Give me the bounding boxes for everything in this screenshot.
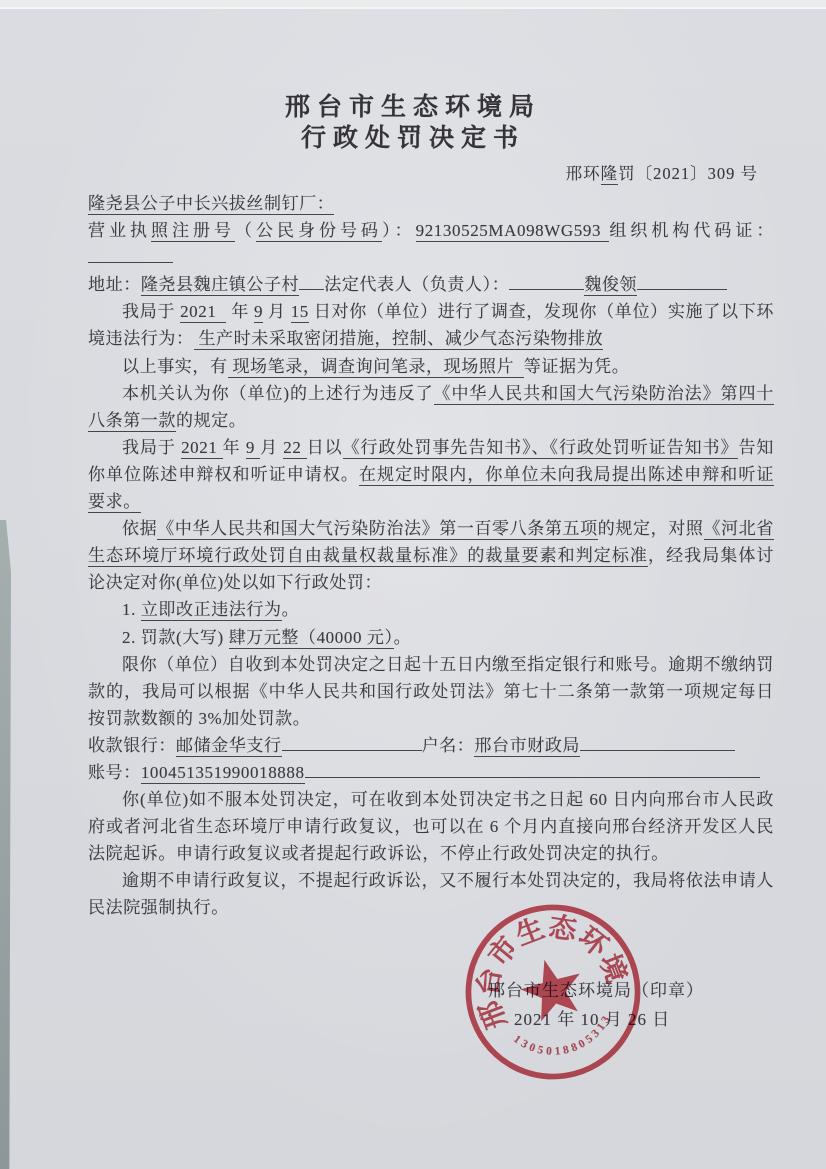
paragraph: 隆尧县公子中长兴拔丝制钉厂： <box>88 190 774 217</box>
underlined-field-text <box>88 246 173 263</box>
title-line-doctype: 行政处罚决定书 <box>0 123 826 154</box>
document-number: 邢环隆罚〔2021〕309 号 <box>566 160 758 184</box>
underlined-field-text: 邮储金华支行 <box>176 736 282 757</box>
text-segment: 。 <box>282 600 300 619</box>
text-segment: 年 <box>223 438 246 457</box>
text-segment: 2. 罚款(大写) <box>122 628 229 647</box>
document-body: 隆尧县公子中长兴拔丝制钉厂：营业执照注册号（公民身份号码）：92130525MA… <box>88 190 774 922</box>
underlined-field-text: 公民身份号码 <box>256 221 382 242</box>
text-segment: 月 <box>263 302 291 321</box>
underlined-field-text: 现场笔录，调查询问笔录，现场照片 <box>228 357 524 378</box>
underlined-field-text: 9 <box>246 438 260 459</box>
text-segment: 限你（单位）自收到本处罚决定之日起十五日内缴至指定银行和账号。逾期不缴纳罚款的，… <box>88 655 774 728</box>
underlined-field-text: 9 <box>254 302 263 323</box>
text-segment: 地址： <box>88 275 141 294</box>
text-segment: 我局于 <box>122 438 181 457</box>
paragraph: 2. 罚款(大写) 肆万元整（40000 元）。 <box>88 624 774 651</box>
underlined-field-text <box>509 273 584 290</box>
text-segment: 等证据为凭。 <box>524 357 630 376</box>
paragraph: 你(单位)如不服本处罚决定，可在收到本处罚决定书之日起 60 日内向邢台市人民政… <box>88 786 774 867</box>
scanned-document-page: 邢台市生态环境局 行政处罚决定书 邢环隆罚〔2021〕309 号 隆尧县公子中长… <box>0 0 826 1169</box>
underlined-field-text <box>580 734 735 751</box>
text-segment: 。 <box>394 628 412 647</box>
text-segment: （ <box>235 221 256 240</box>
underlined-field-text: 隆 <box>601 164 619 185</box>
paragraph: 营业执照注册号（公民身份号码）：92130525MA098WG593 组织机构代… <box>88 217 774 271</box>
text-segment: 你(单位)如不服本处罚决定，可在收到本处罚决定书之日起 60 日内向邢台市人民政… <box>88 790 774 863</box>
underlined-field-text: 92130525MA098WG593 <box>416 221 610 242</box>
text-segment: 的规定，对照 <box>598 519 704 538</box>
paragraph: 依据《中华人民共和国大气污染防治法》第一百零八条第五项的规定，对照《河北省生态环… <box>88 515 774 596</box>
underlined-field-text: 2021 <box>180 302 226 323</box>
paragraph: 收款银行：邮储金华支行户名：邢台市财政局 <box>88 732 774 759</box>
underlined-field-text <box>637 273 727 290</box>
paragraph: 限你（单位）自收到本处罚决定之日起十五日内缴至指定银行和账号。逾期不缴纳罚款的，… <box>88 651 774 732</box>
underlined-field-text: 《行政处罚事先告知书》、《行政处罚听证告知书》 <box>343 438 739 459</box>
document-title: 邢台市生态环境局 行政处罚决定书 <box>0 92 826 154</box>
text-segment: 组织机构代码证： <box>609 221 774 240</box>
underlined-field-text: 魏俊领 <box>584 275 637 296</box>
paragraph: 本机关认为你（单位)的上述行为违反了《中华人民共和国大气污染防治法》第四十八条第… <box>88 380 774 434</box>
text-segment: 本机关认为你（单位)的上述行为违反了 <box>122 384 434 403</box>
underlined-field-text: 2021 <box>181 438 223 459</box>
underlined-field-text <box>305 761 760 778</box>
text-segment: 的规定。 <box>176 411 246 430</box>
paragraph: 以上事实，有 现场笔录，调查询问笔录，现场照片 等证据为凭。 <box>88 353 774 380</box>
text-segment: 户名： <box>422 736 475 755</box>
text-segment: 以上事实，有 <box>122 357 228 376</box>
paragraph: 账号：100451351990018888 <box>88 759 774 786</box>
underlined-field-text: 肆万元整（40000 元） <box>229 628 394 649</box>
underlined-field-text: 邢台市财政局 <box>474 736 580 757</box>
text-segment: 账号： <box>88 763 141 782</box>
document-content: 邢台市生态环境局 行政处罚决定书 邢环隆罚〔2021〕309 号 隆尧县公子中长… <box>0 0 826 1169</box>
text-segment: 1. <box>122 600 141 619</box>
paragraph: 我局于 2021 年 9 月 22 日以《行政处罚事先告知书》、《行政处罚听证告… <box>88 434 774 515</box>
seal-star-icon <box>515 952 589 1024</box>
underlined-field-text: 照注册号 <box>151 221 235 242</box>
underlined-field-text: 15 <box>291 302 309 323</box>
text-segment: 收款银行： <box>88 736 176 755</box>
underlined-field-text: 22 <box>283 438 306 459</box>
text-segment: 我局于 <box>122 302 180 321</box>
paragraph: 地址：隆尧县魏庄镇公子村法定代表人（负责人）：魏俊领 <box>88 271 774 298</box>
text-segment: 法定代表人（负责人）： <box>324 275 509 294</box>
underlined-field-text: 隆尧县魏庄镇公子村 <box>141 275 299 296</box>
text-segment: 邢环 <box>566 164 601 183</box>
underlined-field-text: 隆尧县公子中长兴拔丝制钉厂： <box>88 194 334 215</box>
paragraph: 逾期不申请行政复议，不提起行政诉讼，又不履行本处罚决定的，我局将依法申请人民法院… <box>88 867 774 921</box>
text-segment: ）： <box>382 221 416 240</box>
text-segment: 逾期不申请行政复议，不提起行政诉讼，又不履行本处罚决定的，我局将依法申请人民法院… <box>88 871 774 917</box>
text-segment: 月 <box>260 438 283 457</box>
paragraph: 1. 立即改正违法行为。 <box>88 596 774 623</box>
title-line-agency: 邢台市生态环境局 <box>0 92 826 123</box>
text-segment: 年 <box>226 302 254 321</box>
underlined-field-text: 立即改正违法行为 <box>141 600 282 621</box>
text-segment: 日以 <box>307 438 343 457</box>
underlined-field-text: 生产时未采取密闭措施，控制、减少气态污染物排放 <box>194 329 604 350</box>
text-segment: 依据 <box>122 519 157 538</box>
underlined-field-text <box>299 273 324 290</box>
underlined-field-text <box>282 734 422 751</box>
underlined-field-text: 《中华人民共和国大气污染防治法》第一百零八条第五项 <box>157 519 598 540</box>
text-segment: 罚〔2021〕309 号 <box>618 164 758 183</box>
paragraph: 我局于 2021 年 9 月 15 日对你（单位）进行了调查，发现你（单位）实施… <box>88 298 774 352</box>
text-segment: 营业执 <box>88 221 151 240</box>
underlined-field-text: 100451351990018888 <box>141 763 305 784</box>
